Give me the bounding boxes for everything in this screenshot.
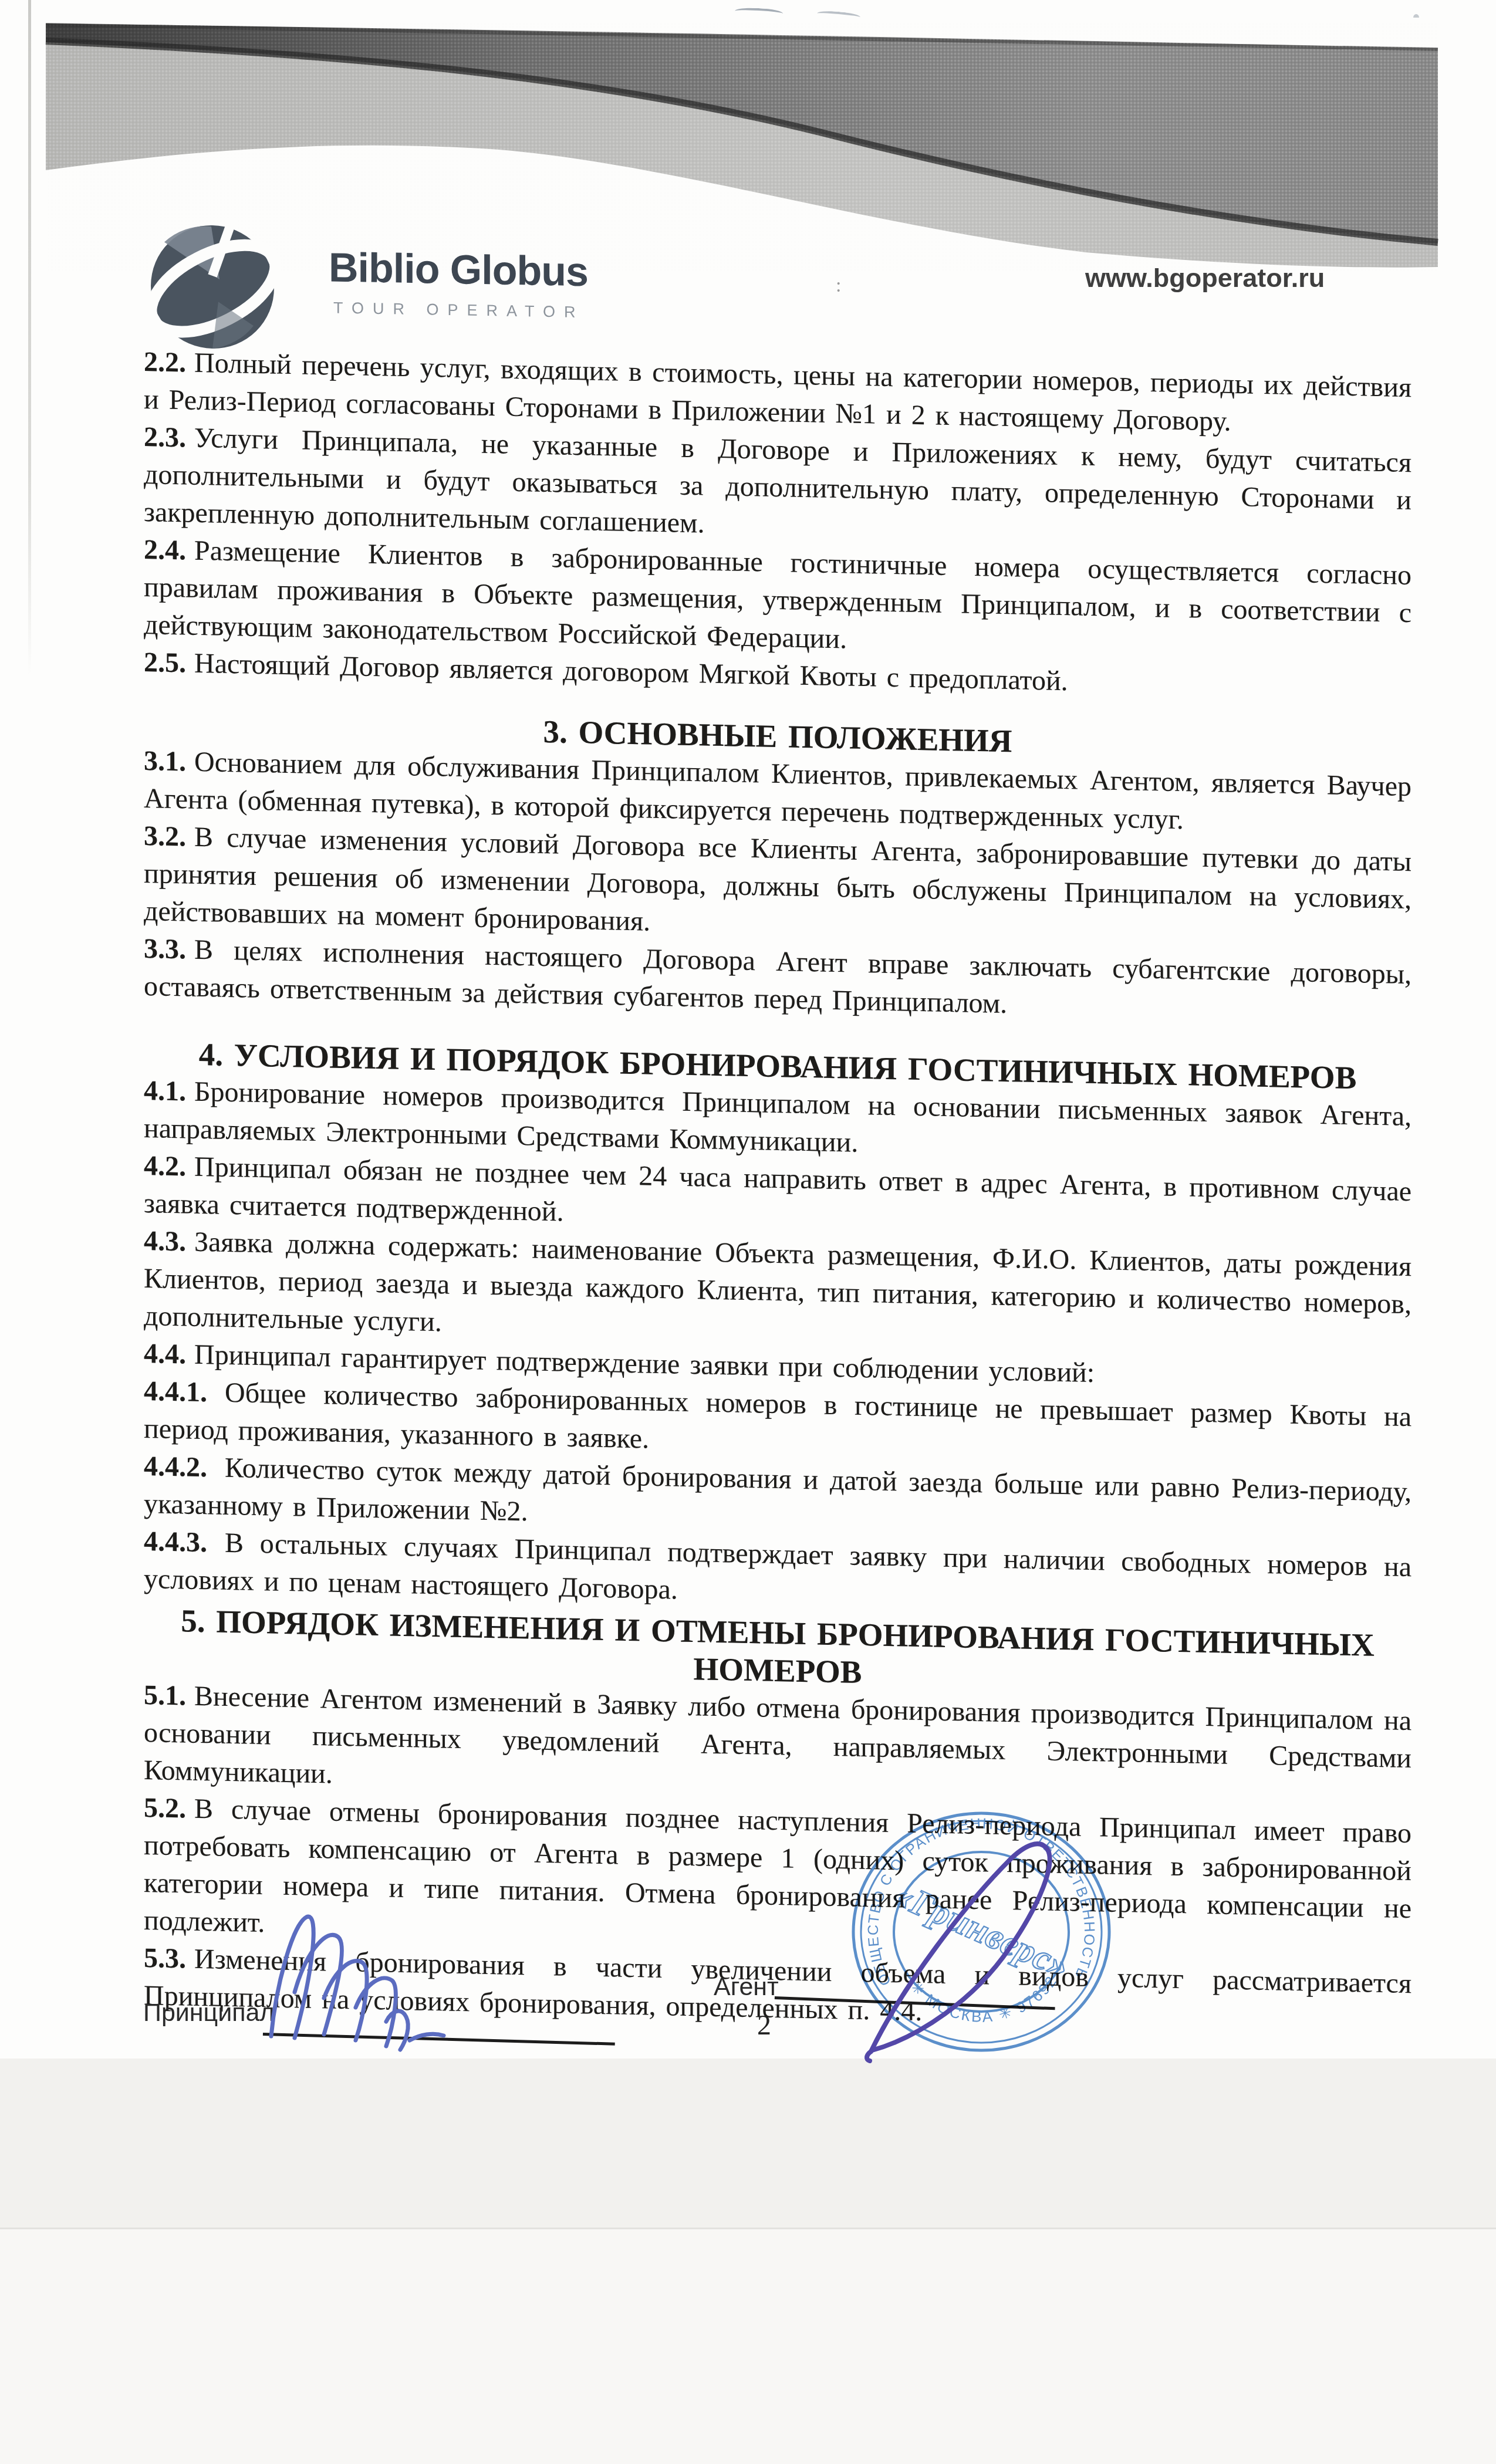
page-number: 2 [757, 2009, 771, 2041]
biblio-globus-logo: Biblio Globus TOUR OPERATOR [147, 218, 675, 363]
clause-number: 4.4.3. [144, 1526, 207, 1558]
clause-number: 3.1. [144, 745, 186, 777]
globe-icon [147, 218, 282, 356]
clause-number: 4.4.1. [144, 1375, 207, 1408]
scan-bottom-area [0, 2229, 1496, 2464]
clause-number: 2.5. [144, 647, 186, 678]
scan-artifact-colon: : [836, 275, 841, 297]
clause-number: 3.2. [144, 820, 186, 852]
clause-number: 5.1. [144, 1679, 186, 1711]
scanned-contract-page: : Biblio Globus TOUR OPERATOR www.bgoper… [0, 0, 1496, 2464]
clause-number: 5.3. [144, 1942, 186, 1974]
clause-number: 4.3. [144, 1225, 186, 1257]
clause-number: 4.2. [144, 1150, 186, 1182]
scan-artifact [1413, 14, 1419, 21]
contract-text-block: 2.2.Полный перечень услуг, входящих в ст… [144, 343, 1411, 2040]
clause-number: 5.2. [144, 1792, 186, 1824]
clause-number: 4.4.2. [144, 1451, 207, 1483]
agent-signature-label: Агент [714, 1973, 779, 2002]
clause-number: 3.3. [144, 933, 186, 965]
clause-text: Услуги Принципала, не указанные в Догово… [144, 423, 1411, 539]
scan-left-edge-line [28, 0, 31, 675]
logo-tagline-text: TOUR OPERATOR [333, 299, 585, 322]
clause-text: Размещение Клиентов в забронированные го… [144, 535, 1411, 655]
website-url: www.bgoperator.ru [1085, 263, 1325, 293]
principal-handwritten-signature [246, 1892, 493, 2068]
clause-number: 4.1. [144, 1075, 186, 1107]
agent-handwritten-signature [845, 1825, 1080, 2071]
logo-brand-text: Biblio Globus [329, 244, 588, 295]
scan-shading-band [0, 2059, 1496, 2229]
clause-number: 2.3. [144, 421, 186, 453]
clause-number: 4.4. [144, 1338, 186, 1370]
clause-number: 2.2. [144, 346, 186, 378]
clause-number: 2.4. [144, 534, 186, 566]
